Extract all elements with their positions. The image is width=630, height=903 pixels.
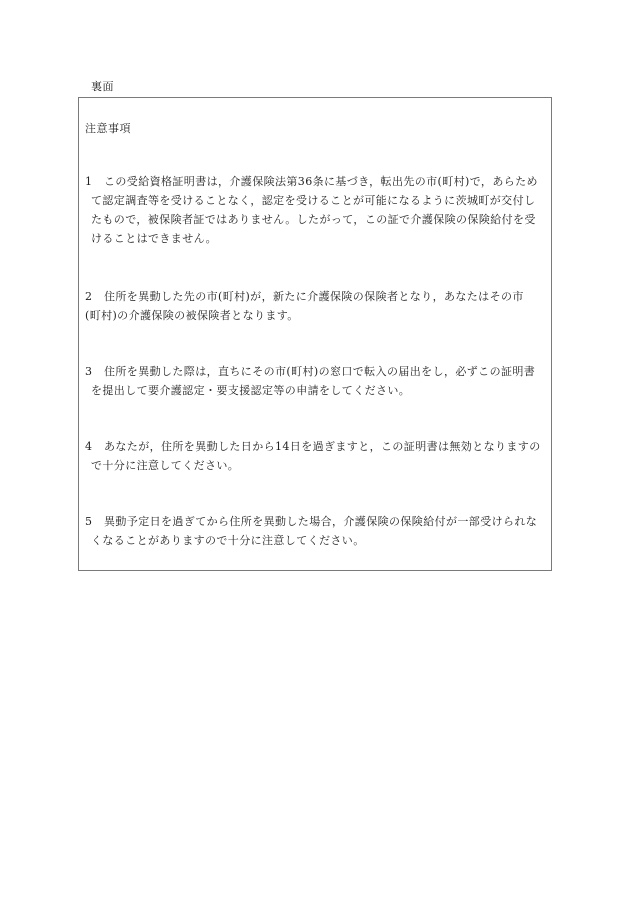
notice-item-line: 3住所を異動した際は，直ちにその市(町村)の窓口で転入の届出をし，必ずこの証明書 [85,362,545,381]
page-side-label: 裏面 [91,80,114,94]
item-number: 4 [85,437,104,456]
notice-item-line: たもので，被保険者証ではありません。したがって，この証で介護保険の保険給付を受 [85,210,545,229]
item-number: 2 [85,287,104,306]
notice-item-line: を提出して要介護認定・要支援認定等の申請をしてください。 [85,381,545,400]
notice-box: 注意事項 1この受給資格証明書は，介護保険法第36条に基づき，転出先の市(町村)… [78,97,552,571]
notice-title: 注意事項 [85,122,131,136]
notice-item-line: くなることがありますので十分に注意してください。 [85,531,545,550]
notice-item-line: 1この受給資格証明書は，介護保険法第36条に基づき，転出先の市(町村)で，あらた… [85,172,545,191]
notice-item-3: 3住所を異動した際は，直ちにその市(町村)の窓口で転入の届出をし，必ずこの証明書… [85,362,545,400]
notice-item-line: で十分に注意してください。 [85,456,545,475]
item-number: 1 [85,172,104,191]
notice-item-line: て認定調査等を受けることなく，認定を受けることが可能になるように茨城町が交付し [85,191,545,210]
notice-item-line: 2住所を異動した先の市(町村)が，新たに介護保険の保険者となり，あなたはその市 [85,287,545,306]
notice-item-line: 4あなたが，住所を異動した日から14日を過ぎますと，この証明書は無効となりますの [85,437,545,456]
item-number: 3 [85,362,104,381]
notice-item-2: 2住所を異動した先の市(町村)が，新たに介護保険の保険者となり，あなたはその市 … [85,287,545,325]
item-number: 5 [85,512,104,531]
notice-item-4: 4あなたが，住所を異動した日から14日を過ぎますと，この証明書は無効となりますの… [85,437,545,475]
notice-item-5: 5異動予定日を過ぎてから住所を異動した場合，介護保険の保険給付が一部受けられな … [85,512,545,550]
notice-item-1: 1この受給資格証明書は，介護保険法第36条に基づき，転出先の市(町村)で，あらた… [85,172,545,248]
notice-item-line: (町村)の介護保険の被保険者となります。 [85,306,545,325]
notice-item-line: 5異動予定日を過ぎてから住所を異動した場合，介護保険の保険給付が一部受けられな [85,512,545,531]
notice-item-line: けることはできません。 [85,229,545,248]
